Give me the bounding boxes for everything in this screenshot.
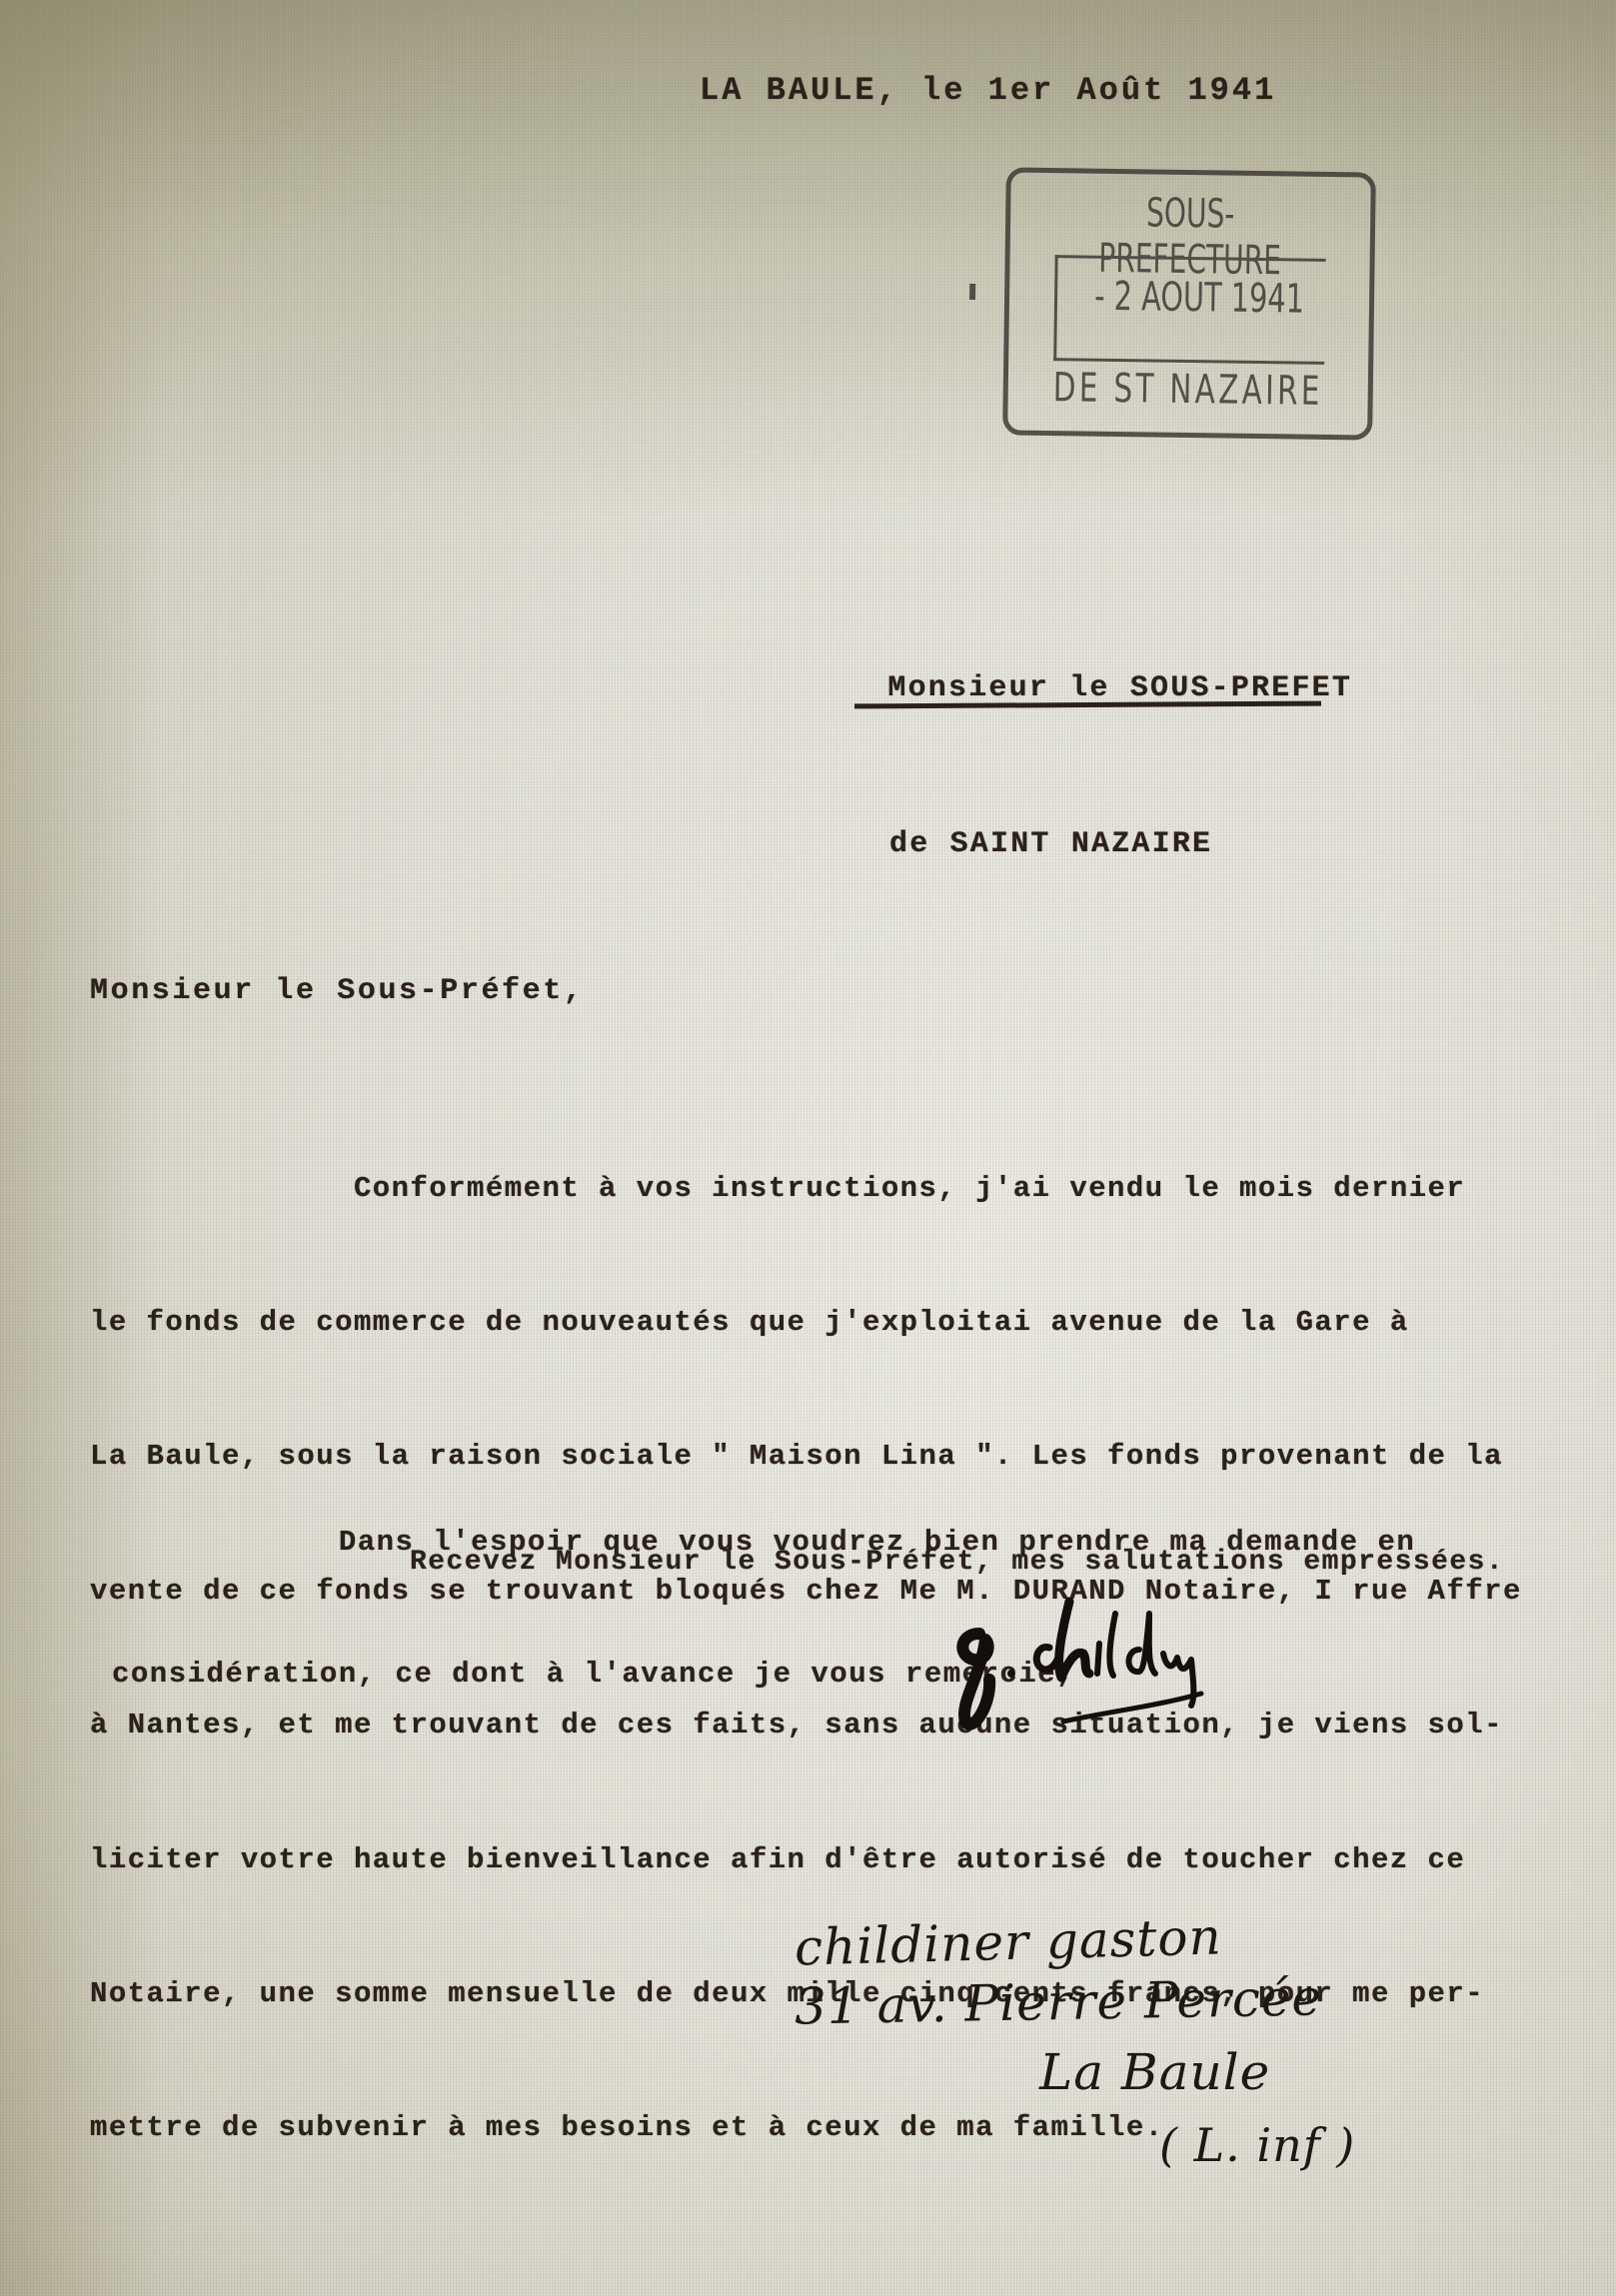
addressee-block: Monsieur le SOUS-PREFET de SAINT NAZAIRE bbox=[847, 572, 1352, 961]
handwritten-name: childiner gaston bbox=[794, 1907, 1222, 1976]
sous-prefecture-stamp: SOUS-PREFECTURE - 2 AOUT 1941 DE ST NAZA… bbox=[1002, 167, 1376, 440]
addressee-line-2: de SAINT NAZAIRE bbox=[847, 805, 1352, 883]
stamp-line-3: DE ST NAZAIRE bbox=[1051, 365, 1324, 415]
paragraph-1-line: Conformément à vos instructions, j'ai ve… bbox=[90, 1167, 1569, 1212]
signature: G. Childiner bbox=[939, 1594, 1299, 1733]
paragraph-1-line: le fonds de commerce de nouveautés que j… bbox=[90, 1301, 1569, 1346]
salutation: Monsieur le Sous-Préfet, bbox=[90, 974, 584, 1008]
handwritten-address: 31 av. Pierre Percée bbox=[795, 1968, 1323, 2035]
stamp-date: - 2 AOUT 1941 bbox=[1079, 273, 1320, 322]
stamp-mark bbox=[969, 284, 975, 300]
handwritten-department: ( L. inf ) bbox=[1159, 2118, 1355, 2172]
dateline: LA BAULE, le 1er Août 1941 bbox=[700, 72, 1276, 109]
paragraph-1-line: liciter votre haute bienveillance afin d… bbox=[90, 1838, 1569, 1883]
closing-formula: Recevez Monsieur le Sous-Préfet, mes sal… bbox=[410, 1547, 1504, 1578]
handwritten-city: La Baule bbox=[1039, 2043, 1270, 2101]
